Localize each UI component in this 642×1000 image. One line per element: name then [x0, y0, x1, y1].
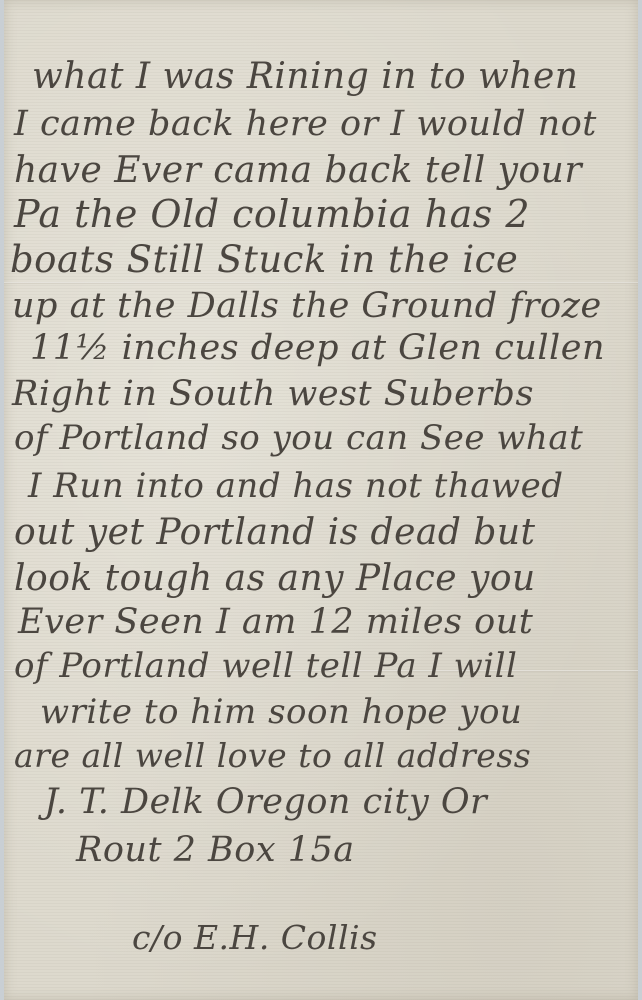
letter-line: boats Still Stuck in the ice — [10, 238, 518, 281]
letter-line: of Portland well tell Pa I will — [14, 646, 517, 686]
letter-line: what I was Rining in to when — [32, 56, 578, 97]
signature-address: Rout 2 Box 15a — [76, 830, 355, 870]
letter-line: Right in South west Suberbs — [12, 374, 534, 414]
letter-line: write to him soon hope you — [40, 692, 522, 732]
letter-line: look tough as any Place you — [14, 558, 536, 599]
letter-line: of Portland so you can See what — [14, 418, 583, 458]
letter-line: out yet Portland is dead but — [14, 512, 536, 553]
letter-page: what I was Rining in to when I came back… — [4, 0, 638, 1000]
letter-line: up at the Dalls the Ground froze — [12, 286, 602, 326]
letter-line: 11½ inches deep at Glen cullen — [30, 328, 605, 368]
letter-line: Pa the Old columbia has 2 — [14, 192, 530, 236]
letter-line: I came back here or I would not — [14, 104, 597, 144]
paper-fold-line — [4, 282, 638, 284]
signature-name: J. T. Delk Oregon city Or — [44, 782, 487, 822]
letter-line: are all well love to all address — [14, 736, 531, 775]
letter-line: have Ever cama back tell your — [14, 150, 582, 191]
letter-line: I Run into and has not thawed — [28, 466, 563, 506]
letter-line: Ever Seen I am 12 miles out — [18, 602, 533, 642]
care-of-line: c/o E.H. Collis — [132, 918, 378, 957]
